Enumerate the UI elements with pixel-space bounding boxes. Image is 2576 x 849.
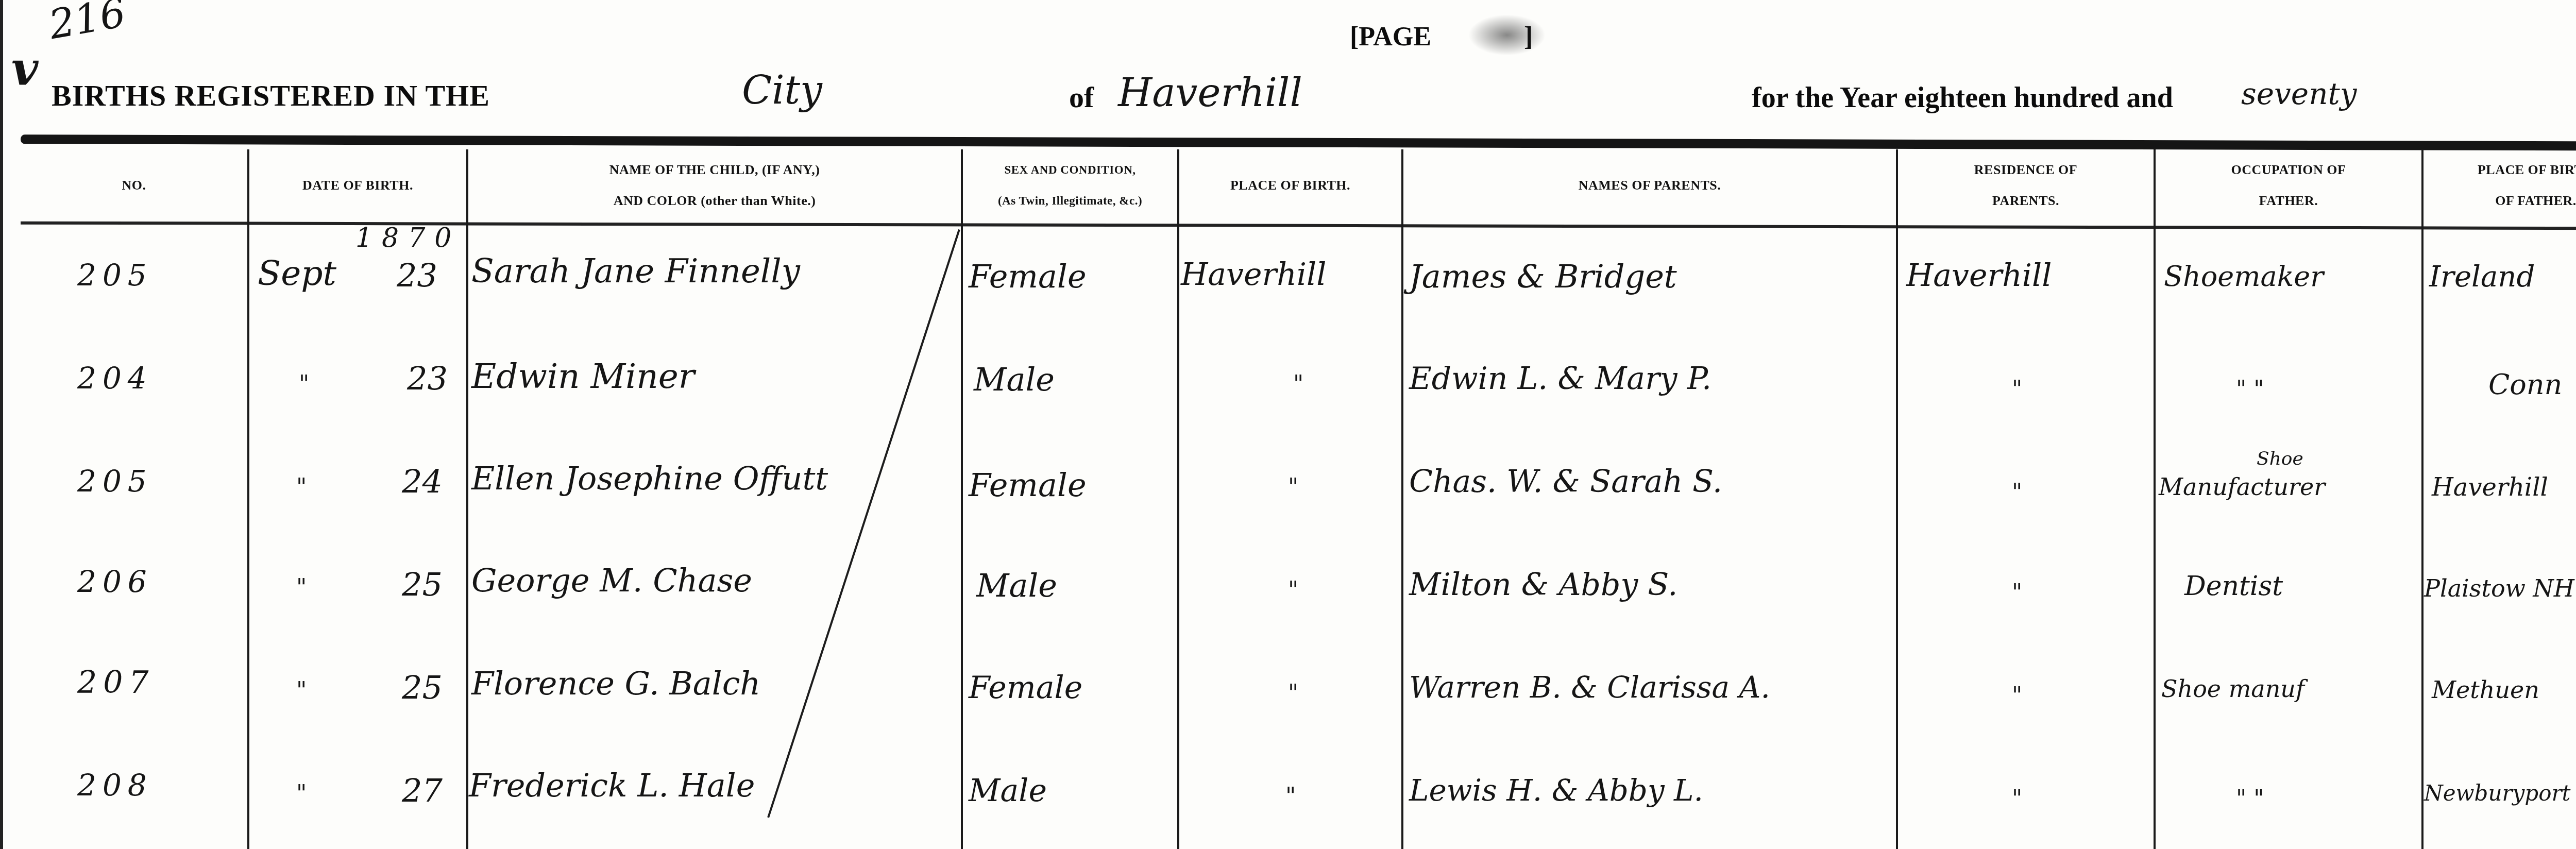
column-header-parents: NAMES OF PARENTS.: [1403, 149, 1896, 222]
header-line: OCCUPATION OF: [2231, 155, 2346, 185]
column-divider: [2421, 149, 2424, 849]
residence-ditto: ": [2012, 580, 2022, 606]
father-birthplace: Ireland: [2429, 260, 2535, 294]
birth-day: 23: [407, 360, 448, 397]
locality-name: Haverhill: [1118, 70, 1302, 115]
place-of-birth-ditto: ": [1288, 474, 1298, 500]
column-header-residence: RESIDENCE OFPARENTS.: [1898, 149, 2154, 222]
year-annotation: 1870: [355, 223, 461, 253]
father-occupation: Manufacturer: [2159, 473, 2325, 501]
column-divider: [1896, 149, 1898, 849]
father-occupation: Shoe manuf: [2161, 675, 2304, 703]
page-left-edge: [0, 0, 3, 849]
header-line: DATE OF BIRTH.: [302, 170, 413, 201]
birth-day: 24: [402, 463, 443, 500]
column-header-place: PLACE OF BIRTH.: [1179, 149, 1401, 222]
header-line: NO.: [122, 170, 146, 201]
place-of-birth-ditto: ": [1293, 371, 1303, 397]
header-line: (As Twin, Illegitimate, &c.): [998, 185, 1142, 216]
father-occupation: Shoemaker: [2164, 260, 2324, 293]
father-birthplace: Plaistow NH: [2424, 574, 2574, 602]
checkmark-stroke: [767, 229, 960, 818]
father-birthplace: Conn: [2488, 368, 2562, 401]
entry-number: 204: [77, 361, 153, 396]
sex-condition: Female: [969, 258, 1087, 295]
column-header-child: NAME OF THE CHILD, (IF ANY,)AND COLOR (o…: [468, 149, 961, 222]
sex-condition: Female: [969, 670, 1082, 706]
header-line: PARENTS.: [1974, 185, 2077, 216]
parents-names: Warren B. & Clarissa A.: [1409, 670, 1770, 705]
sex-condition: Male: [974, 361, 1055, 398]
residence: Haverhill: [1906, 258, 2052, 294]
header-line: PLACE OF BIRTH.: [1230, 170, 1350, 201]
place-of-birth-ditto: ": [1285, 783, 1296, 809]
entry-number: 205: [77, 258, 153, 293]
entry-number: 207: [77, 665, 155, 701]
parents-names: Chas. W. & Sarah S.: [1409, 464, 1722, 500]
header-line: NAMES OF PARENTS.: [1579, 170, 1721, 201]
father-occupation: Dentist: [2184, 571, 2283, 602]
child-name: Edwin Miner: [471, 356, 694, 396]
birth-month-ditto: ": [296, 677, 307, 704]
locality-type: City: [742, 67, 822, 113]
register-title-prefix: BIRTHS REGISTERED IN THE: [52, 78, 490, 113]
residence-ditto: ": [2012, 479, 2022, 505]
of-label: of: [1069, 80, 1094, 114]
column-header-date: DATE OF BIRTH.: [249, 149, 466, 222]
column-divider: [961, 149, 963, 849]
parents-names: James & Bridget: [1409, 258, 1677, 295]
column-divider: [466, 149, 468, 849]
parents-names: Milton & Abby S.: [1409, 567, 1677, 603]
margin-check-mark: v: [11, 41, 38, 96]
father-birthplace: Newburyport: [2424, 780, 2570, 806]
header-top-rule: [21, 134, 2576, 150]
header-line: OF FATHER.: [2478, 185, 2576, 216]
child-name: George M. Chase: [471, 562, 752, 599]
child-name: Sarah Jane Finnelly: [471, 252, 800, 291]
sex-condition: Male: [969, 773, 1047, 809]
column-header-occupation: OCCUPATION OFFATHER.: [2156, 149, 2421, 222]
place-of-birth-ditto: ": [1288, 680, 1298, 706]
father-birthplace: Haverhill: [2432, 473, 2548, 502]
parents-names: Edwin L. & Mary P.: [1409, 361, 1711, 397]
birth-month-ditto: ": [296, 574, 307, 601]
header-line: PLACE OF BIRTH: [2478, 155, 2576, 185]
child-name: Frederick L. Hale: [469, 767, 755, 804]
column-divider: [2154, 149, 2156, 849]
column-divider: [1177, 149, 1179, 849]
birth-month-ditto: ": [296, 780, 307, 807]
header-line: NAME OF THE CHILD, (IF ANY,): [609, 155, 820, 185]
page-number-smudge: [1468, 14, 1546, 56]
father-birthplace: Methuen: [2432, 676, 2539, 704]
sex-condition: Male: [976, 567, 1057, 604]
child-name: Florence G. Balch: [471, 665, 760, 702]
column-header-no: NO.: [21, 149, 247, 222]
column-header-sex: SEX AND CONDITION,(As Twin, Illegitimate…: [963, 149, 1177, 222]
header-line: SEX AND CONDITION,: [998, 155, 1142, 185]
year-handwritten: seventy: [2241, 76, 2357, 111]
father-occupation-line1: Shoe: [2257, 448, 2303, 469]
sex-condition: Female: [969, 466, 1087, 504]
year-label: for the Year eighteen hundred and: [1752, 81, 2173, 114]
father-occupation-ditto: " ": [2236, 376, 2264, 402]
birth-day: 23: [397, 257, 437, 294]
entry-number: 208: [77, 768, 153, 803]
page-stamp-label: [PAGE: [1350, 22, 1431, 52]
header-line: FATHER.: [2231, 185, 2346, 216]
residence-ditto: ": [2012, 376, 2022, 402]
father-occupation-ditto: " ": [2236, 786, 2264, 812]
birth-month-ditto: ": [296, 474, 307, 500]
birth-month-ditto: ": [299, 371, 309, 397]
entry-number: 206: [77, 564, 153, 599]
birth-day: 25: [402, 566, 443, 603]
header-line: RESIDENCE OF: [1974, 155, 2077, 185]
residence-ditto: ": [2012, 683, 2022, 709]
column-divider: [247, 149, 249, 849]
page-stamp: [PAGE]: [1350, 22, 1533, 52]
place-of-birth-ditto: ": [1288, 577, 1298, 603]
margin-page-number: 216: [45, 0, 129, 48]
child-name: Ellen Josephine Offutt: [471, 460, 828, 497]
entry-number: 205: [77, 464, 153, 499]
parents-names: Lewis H. & Abby L.: [1409, 773, 1703, 808]
column-header-father-birth: PLACE OF BIRTHOF FATHER.: [2424, 149, 2576, 222]
birth-day: 27: [402, 772, 443, 809]
place-of-birth: Haverhill: [1181, 257, 1326, 293]
birth-day: 25: [402, 669, 443, 706]
birth-month: Sept: [258, 253, 336, 293]
column-divider: [1401, 149, 1403, 849]
residence-ditto: ": [2012, 786, 2022, 812]
header-line: AND COLOR (other than White.): [609, 185, 820, 216]
